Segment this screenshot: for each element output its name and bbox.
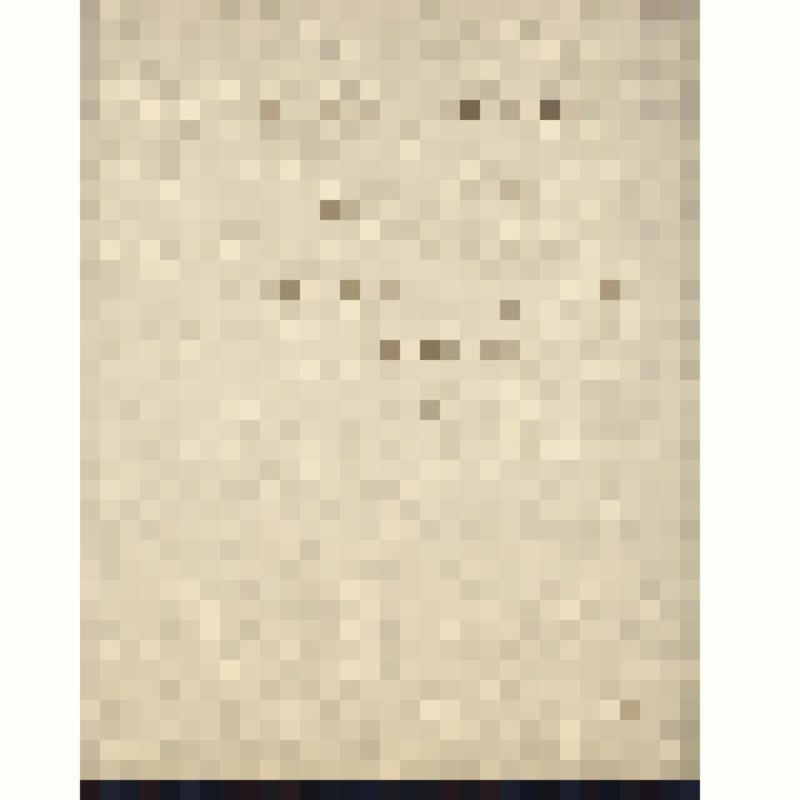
- pixelated-mosaic-canvas: [0, 0, 800, 800]
- book-scan-photo: [0, 0, 800, 800]
